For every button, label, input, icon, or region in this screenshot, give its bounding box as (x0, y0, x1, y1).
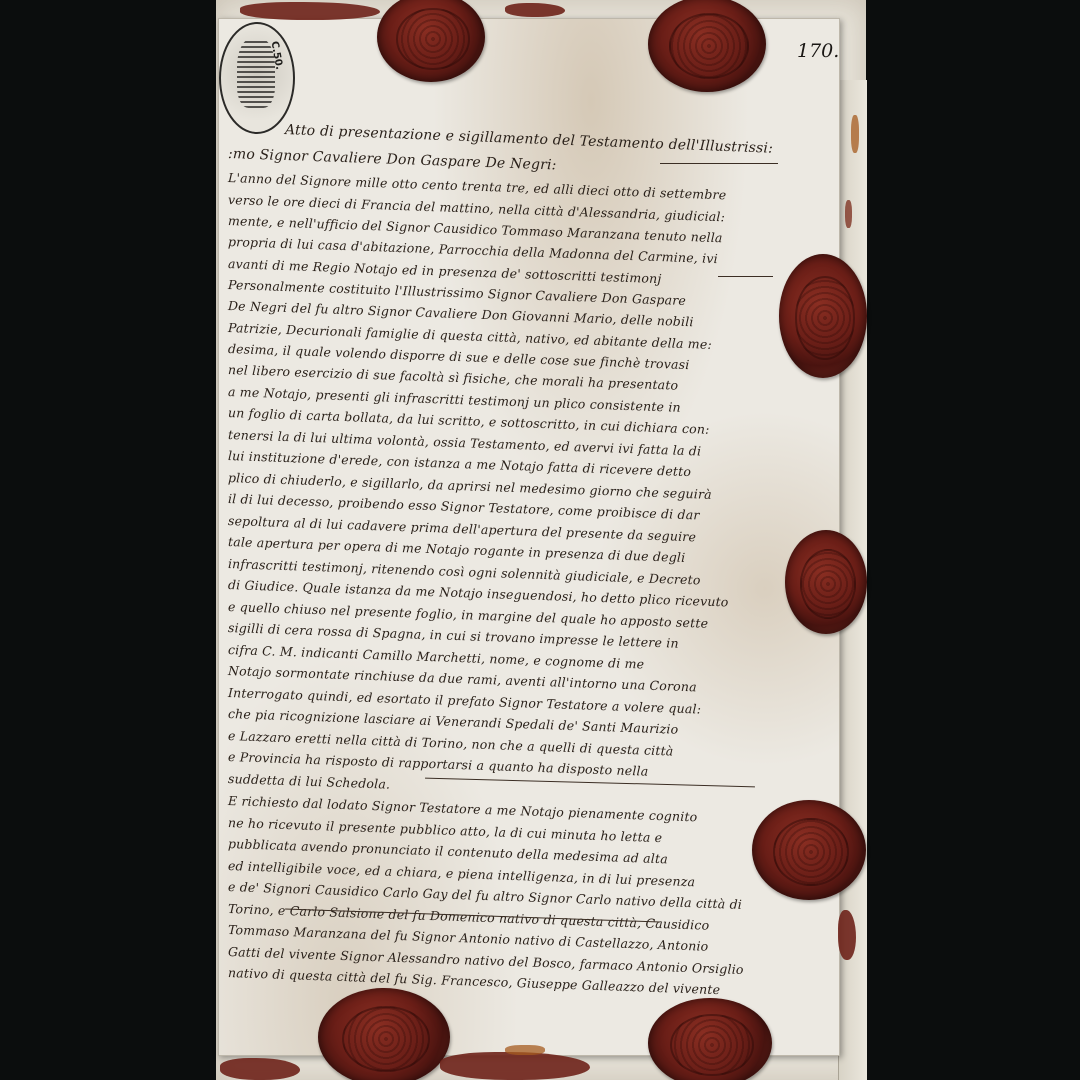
rust-stain (851, 115, 859, 153)
folio-number: 170. (797, 40, 839, 62)
title-underline-rule (660, 163, 778, 164)
wax-seal-bottom-left (318, 988, 450, 1080)
wax-residue (440, 1052, 590, 1080)
wax-seal-bottom-right (648, 998, 772, 1080)
wax-seal-right-upper (779, 254, 867, 378)
revenue-stamp: C.50. (219, 22, 295, 134)
wax-residue (220, 1058, 300, 1080)
line-filler-rule (718, 276, 773, 277)
wax-residue (240, 2, 380, 20)
wax-seal-right-lower (752, 800, 866, 900)
wax-residue (838, 910, 856, 960)
rust-stain (505, 1045, 545, 1055)
wax-seal-right-middle (785, 530, 867, 634)
wax-residue (505, 3, 565, 17)
wax-seal-top-right (648, 0, 766, 92)
rust-stain (845, 200, 852, 228)
